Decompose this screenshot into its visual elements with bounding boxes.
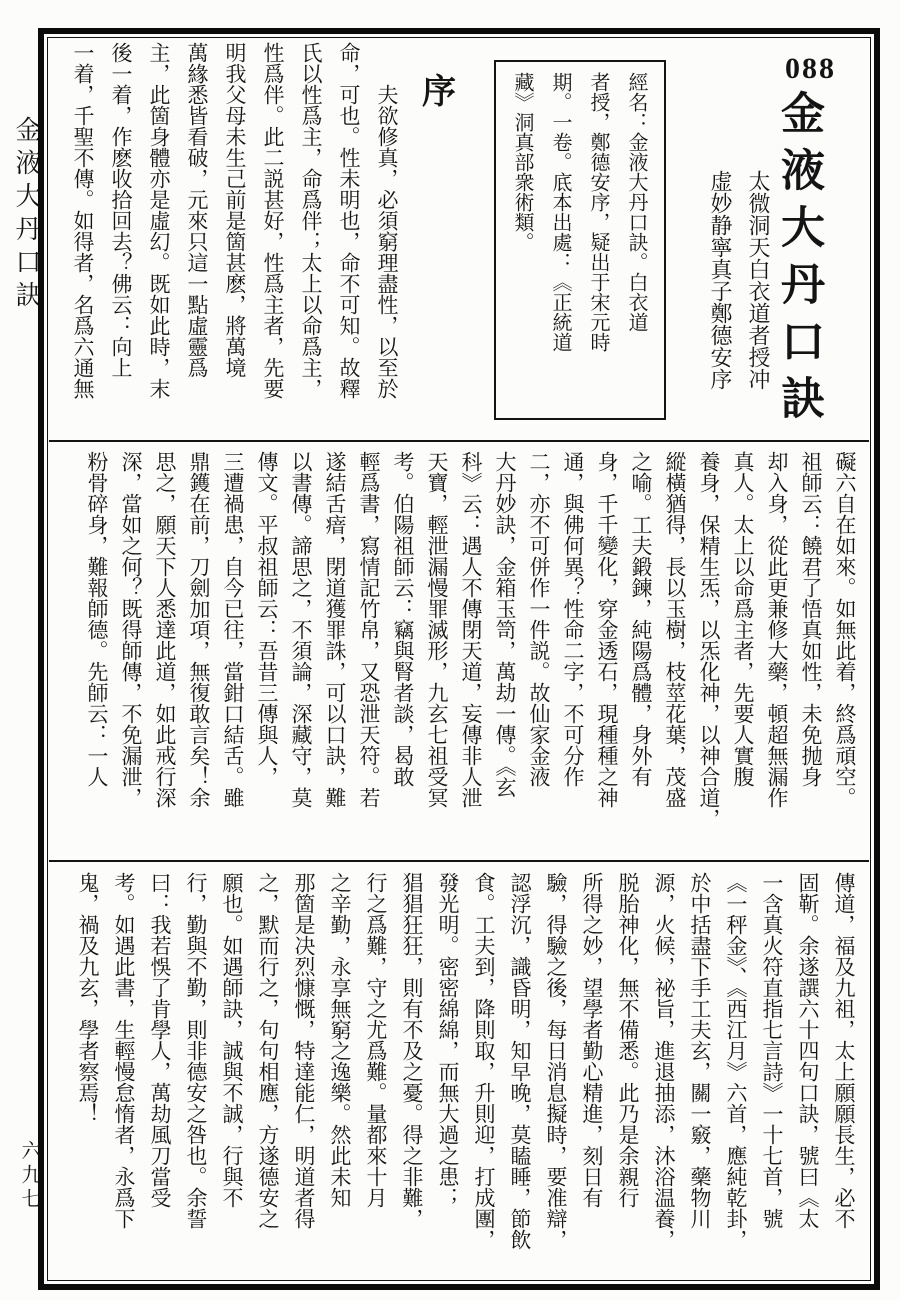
text-column: 之喻。工夫鍛鍊，純陽爲體，身外有 <box>624 451 658 851</box>
byline: 太微洞天白衣道者授冲虚妙静寧真子鄭德安序 <box>698 170 776 438</box>
text-column: 源，火候，祕旨，進退抽添，沐浴温養， <box>646 872 682 1270</box>
text-column: 真人。太上以命爲主者，先要人實腹 <box>726 451 760 851</box>
text-column: 科》云：遇人不傳閉天道，妄傳非人泄 <box>454 451 488 851</box>
text-column: 那箇是决烈慷慨，特達能仁，明道者得 <box>286 872 322 1270</box>
text-column: 三遭禍患，自今已往，當鉗口結舌。雖 <box>216 451 250 851</box>
preface-middle-section: 礙六自在如來。如無此着，終爲頑空。祖師云：饒君了悟真如性，未免抛身却入身，從此更… <box>48 442 870 860</box>
colophon-column: 期。一卷。底本出處：《正統道 <box>542 72 580 408</box>
text-column: 命，可也。性未明也，命不可知。故釋 <box>330 42 368 436</box>
text-column: 所得之妙，望學者勤心精進，刻日有 <box>574 872 610 1270</box>
text-column: 曰：我若悞了肯學人，萬劫風刀當受 <box>142 872 178 1270</box>
text-column: 以書傳。諦思之，不須論，深藏守，莫 <box>284 451 318 851</box>
text-column: 深，當如之何？既得師傳，不免漏泄， <box>114 451 148 851</box>
text-column: 養身，保精生炁，以炁化神，以神合道， <box>692 451 726 851</box>
text-column: 《一秤金》、《西江月》六首，應純乾卦， <box>718 872 754 1270</box>
text-column: 夫欲修真，必須窮理盡性，以至於 <box>368 42 406 436</box>
text-column: 認浮沉，識昏明，知早晚，莫瞌睡，節飲 <box>502 872 538 1270</box>
text-column: 之辛勤，永享無窮之逸樂。然此未知 <box>322 872 358 1270</box>
text-column: 固靳。余遂譔六十四句口訣，號曰《太 <box>790 872 826 1270</box>
text-column: 粉骨碎身，難報師德。先師云：一人 <box>80 451 114 851</box>
text-column: 於中括盡下手工夫玄，關一竅，藥物川 <box>682 872 718 1270</box>
colophon-column: 經名：金液大丹口訣。白衣道 <box>618 72 656 408</box>
inner-frame: 088 金液大丹口訣 太微洞天白衣道者授冲虚妙静寧真子鄭德安序 經名：金液大丹口… <box>47 37 871 1281</box>
text-column: 一含真火符直指七言詩》一十七首，號 <box>754 872 790 1270</box>
text-column: 傳文。平叔祖師云：吾昔三傳與人， <box>250 451 284 851</box>
byline-column: 太微洞天白衣道者授冲 <box>738 170 776 438</box>
text-column: 明我父母未生己前是箇甚麽，將萬境 <box>216 42 254 436</box>
text-column: 却入身，從此更兼修大藥，頓超無漏作 <box>760 451 794 851</box>
text-column: 考。如遇此書，生輕慢怠惰者，永爲下 <box>106 872 142 1270</box>
text-column: 祖師云：饒君了悟真如性，未免抛身 <box>794 451 828 851</box>
text-column: 一着，千聖不傳。如得者，名爲六通無 <box>64 42 102 436</box>
colophon-box: 經名：金液大丹口訣。白衣道者授，鄭德安序，疑出于宋元時期。一卷。底本出處：《正統… <box>494 60 666 420</box>
text-column: 驗，得驗之後，每日消息擬時，要准辯， <box>538 872 574 1270</box>
text-column: 脱胎神化，無不備悉。此乃是余親行 <box>610 872 646 1270</box>
text-column: 食。工夫到，降則取，升則迎，打成團， <box>466 872 502 1270</box>
text-column: 萬緣悉皆看破，元來只這一點虛靈爲 <box>178 42 216 436</box>
serial-number: 088 <box>785 52 836 86</box>
text-column: 礙六自在如來。如無此着，終爲頑空。 <box>828 451 862 851</box>
text-column: 天寶，輕泄漏慢罪滅形，九玄七祖受冥 <box>420 451 454 851</box>
page-border-frame: 088 金液大丹口訣 太微洞天白衣道者授冲虚妙静寧真子鄭德安序 經名：金液大丹口… <box>38 28 880 1290</box>
preface-heading: 序 <box>422 64 456 113</box>
colophon-column: 者授，鄭德安序，疑出于宋元時 <box>580 72 618 408</box>
text-column: 思之，願天下人悉達此道，如此戒行深 <box>148 451 182 851</box>
text-column: 身，千千變化，穿金透石，現種種之神 <box>590 451 624 851</box>
text-column: 輕爲書，寫情記竹帛，又恐泄天符。若 <box>352 451 386 851</box>
text-column: 行，勤與不勤，則非德安之咎也。余誓 <box>178 872 214 1270</box>
text-column: 二，亦不可併作一件説。故仙家金液 <box>522 451 556 851</box>
book-page: 金液大丹口訣 六九七 088 金液大丹口訣 太微洞天白衣道者授冲虚妙静寧真子鄭德… <box>0 0 900 1300</box>
text-column: 通，與佛何異？性命二字，不可分作 <box>556 451 590 851</box>
text-column: 縱橫猶得，長以玉樹，枝莖花葉，茂盛 <box>658 451 692 851</box>
text-column: 考。伯陽祖師云：竊與腎者談，曷敢 <box>386 451 420 851</box>
text-column: 主，此箇身體亦是虛幻。既如此時，末 <box>140 42 178 436</box>
text-column: 傳道，福及九祖，太上願願長生，必不 <box>826 872 862 1270</box>
text-column: 性爲伴。此二説甚好，性爲主者，先要 <box>254 42 292 436</box>
preface-opening-columns: 夫欲修真，必須窮理盡性，以至於命，可也。性未明也，命不可知。故釋氏以性爲主，命爲… <box>56 42 406 436</box>
text-column: 鬼，禍及九玄，學者察焉！ <box>70 872 106 1270</box>
text-column: 猖猖狂狂，則有不及之憂。得之非難， <box>394 872 430 1270</box>
byline-column: 虚妙静寧真子鄭德安序 <box>700 170 738 438</box>
header-section: 088 金液大丹口訣 太微洞天白衣道者授冲虚妙静寧真子鄭德安序 經名：金液大丹口… <box>48 38 870 440</box>
text-column: 發光明。密密綿綿，而無大過之患； <box>430 872 466 1270</box>
colophon-column: 藏》洞真部衆術類。 <box>504 72 542 408</box>
preface-bottom-section: 傳道，福及九祖，太上願願長生，必不固靳。余遂譔六十四句口訣，號曰《太一含真火符直… <box>48 862 870 1280</box>
text-column: 願也。如遇師訣，誠與不誠，行與不 <box>214 872 250 1270</box>
text-column: 後一着，作麽收拾回去？佛云：向上 <box>102 42 140 436</box>
text-column: 遂結舌瘖，閉道獲罪誅，可以口訣，難 <box>318 451 352 851</box>
text-column: 氏以性爲主，命爲伴；太上以命爲主， <box>292 42 330 436</box>
text-column: 行之爲難，守之尤爲難。量都來十月 <box>358 872 394 1270</box>
text-column: 鼎鑊在前，刀劍加項，無復敢言矣！余 <box>182 451 216 851</box>
colophon-columns: 經名：金液大丹口訣。白衣道者授，鄭德安序，疑出于宋元時期。一卷。底本出處：《正統… <box>504 72 656 408</box>
text-column: 之，默而行之，句句相應，方遂德安之 <box>250 872 286 1270</box>
text-column: 大丹妙訣，金箱玉笥，萬劫一傳。《玄 <box>488 451 522 851</box>
